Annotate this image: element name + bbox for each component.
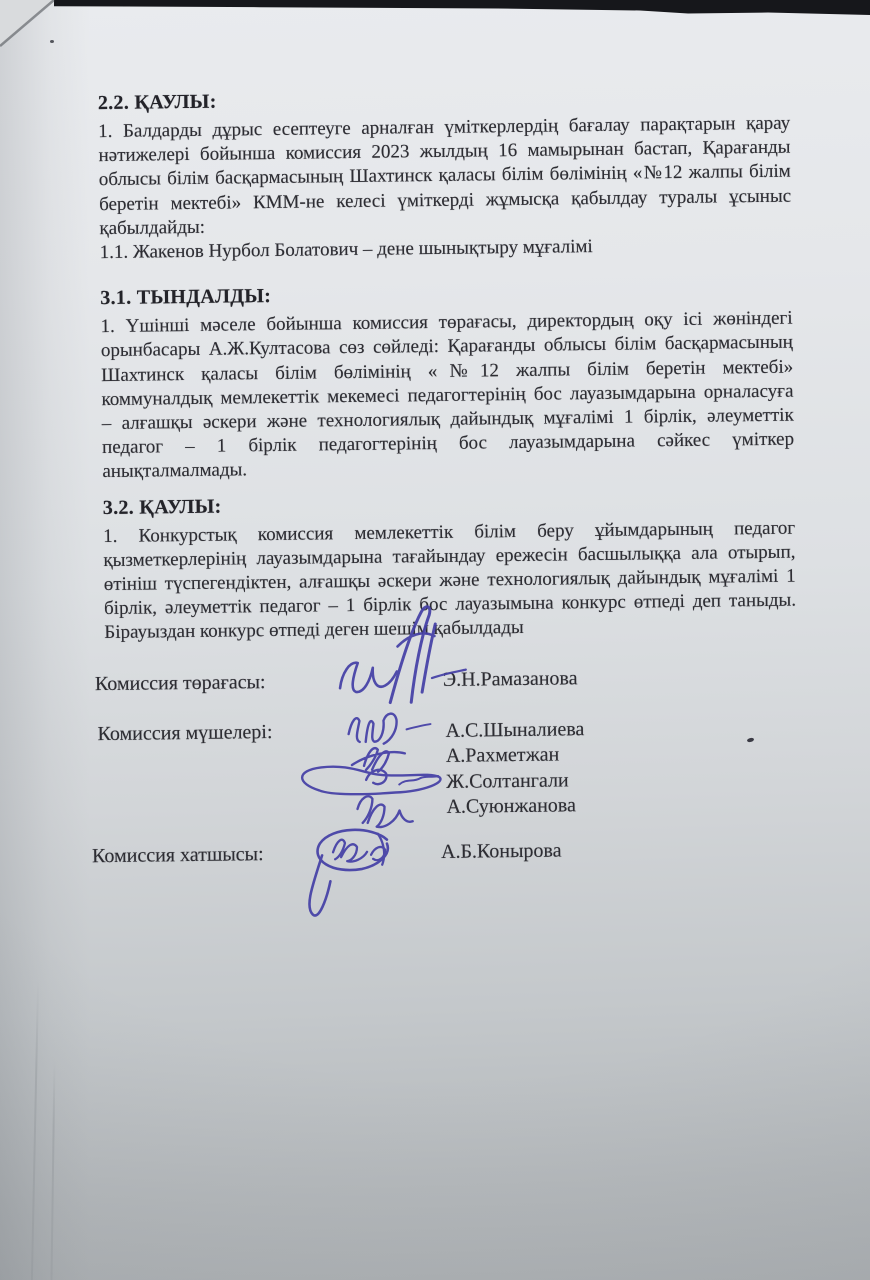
chairman-label: Комиссия төрағасы: [95,671,266,696]
secretary-signature-ink [309,829,389,915]
ink-speck [50,40,54,43]
section-heading: 2.2. ҚАУЛЫ: [98,82,790,116]
section-heading: 3.1. ТЫНДАЛДЫ: [100,277,792,311]
document-content: 2.2. ҚАУЛЫ:1. Балдарды дұрыс есептеуге а… [0,0,870,1280]
section-heading: 3.2. ҚАУЛЫ: [103,486,795,520]
members-label: Комиссия мүшелері: [97,721,272,746]
text-body: 2.2. ҚАУЛЫ:1. Балдарды дұрыс есептеуге а… [98,82,797,646]
member-signature-ink [301,713,441,828]
chairman-signature-ink [339,606,466,703]
secretary-label: Комиссия хатшысы: [92,843,264,868]
document-section: 3.1. ТЫНДАЛДЫ:1. Үшінші мәселе бойынша к… [100,277,794,485]
handwritten-signatures [271,591,505,944]
document-section: 2.2. ҚАУЛЫ:1. Балдарды дұрыс есептеуге а… [98,82,792,266]
